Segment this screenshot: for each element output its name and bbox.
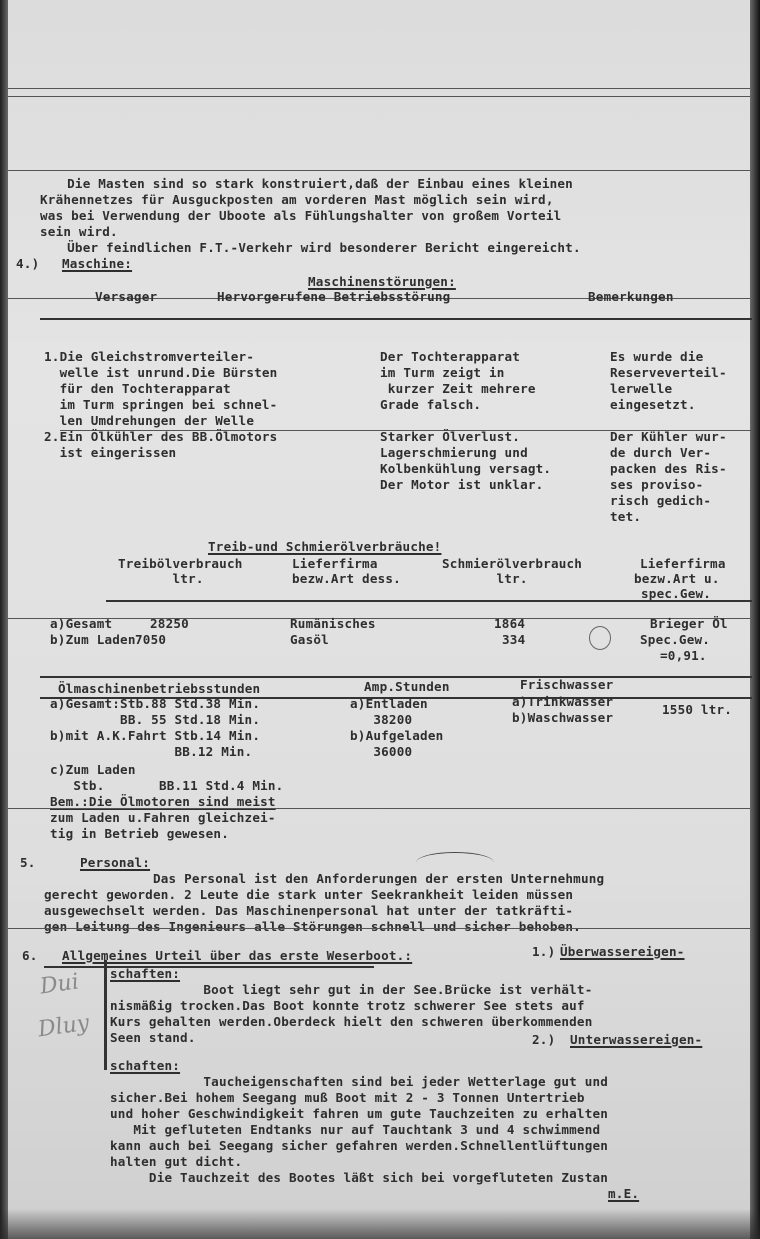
amp-line: 36000 [350, 744, 412, 760]
sub2-title-b: schaften: [110, 1058, 180, 1074]
bemerkung-line: packen des Ris- [610, 461, 727, 477]
margin-bar [104, 960, 107, 1070]
section-6-title: Allgemeines Urteil über das erste Weserb… [62, 948, 412, 964]
bemerkung-line: Reserveverteil- [610, 365, 727, 381]
rule-line [8, 88, 750, 89]
bemerkung-line: tet. [610, 509, 641, 525]
wasser-value: 1550 ltr. [662, 702, 732, 718]
sub2-line: halten gut dicht. [110, 1154, 242, 1170]
verbrauch-header-treiboel: Treibölverbrauch [118, 556, 243, 572]
verbrauch-row-label: a)Gesamt [50, 616, 112, 632]
amp-line: a)Entladen [350, 696, 428, 712]
sub2-line: kann auch bei Seegang sicher gefahren we… [110, 1138, 608, 1154]
oel-line: c)Zum Laden [50, 762, 136, 778]
scan-edge-left [0, 0, 8, 1239]
verbrauch-row-lieferfirma2: Brieger Öl [650, 616, 728, 632]
table-header-rule [40, 318, 752, 320]
sub1-line: nismäßig trocken.Das Boot konnte trotz s… [110, 998, 585, 1014]
versager-line: welle ist unrund.Die Bürsten [44, 365, 277, 381]
rule-line [8, 618, 750, 619]
verbrauch-header-lieferfirma-sub: bezw.Art dess. [292, 571, 401, 587]
sub1-title-b: schaften: [110, 966, 180, 982]
oel-line: BB.12 Min. [50, 744, 252, 760]
sub2-line: Die Tauchzeit des Bootes läßt sich bei v… [110, 1170, 608, 1186]
oel-line: BB. 55 Std.18 Min. [50, 712, 260, 728]
verbrauch-header-schmieroel: Schmierölverbrauch [442, 556, 582, 572]
personal-line: ausgewechselt werden. Das Maschinenperso… [44, 903, 573, 919]
section-6-number: 6. [22, 948, 38, 964]
versager-line: im Turm springen bei schnel- [44, 397, 277, 413]
sub2-line: Mit gefluteten Endtanks nur auf Tauchtan… [110, 1122, 600, 1138]
oel-line: b)mit A.K.Fahrt Stb.14 Min. [50, 728, 260, 744]
intro-line: Krähennetzes für Ausguckposten am vorder… [40, 192, 554, 208]
sub2-line: sicher.Bei hohem Seegang muß Boot mit 2 … [110, 1090, 585, 1106]
signature-initials: m.E. [608, 1186, 639, 1202]
oel-line: tig in Betrieb gewesen. [50, 826, 229, 842]
versager-line: 1.Die Gleichstromverteiler- [44, 349, 254, 365]
stoerungen-title: Maschinenstörungen: [308, 274, 456, 290]
intro-line: sein wird. [40, 224, 118, 240]
verbrauch-title: Treib-und Schmierölverbräuche! [208, 539, 441, 555]
personal-line: gerecht geworden. 2 Leute die stark unte… [44, 887, 573, 903]
intro-line: Über feindlichen F.T.-Verkehr wird beson… [36, 240, 581, 256]
versager-line: ist eingerissen [44, 445, 176, 461]
verbrauch-spec-value: =0,91. [660, 648, 707, 664]
stoerung-line: Der Tochterapparat [380, 349, 520, 365]
section-5-title: Personal: [80, 855, 150, 871]
oel-header: Ölmaschinenbetriebsstunden [58, 681, 260, 697]
rule-line [8, 96, 750, 97]
scan-bottom-shadow [0, 1209, 760, 1239]
stoerung-line: kurzer Zeit mehrere [380, 381, 536, 397]
stoerung-line: Kolbenkühlung versagt. [380, 461, 551, 477]
sub1-line: Seen stand. [110, 1030, 196, 1046]
pencil-arc-mark [416, 852, 494, 873]
wasser-header: Frischwasser [520, 677, 613, 693]
wasser-line: b)Waschwasser [512, 710, 613, 726]
verbrauch-row-schmieroel: 334 [502, 632, 525, 648]
personal-line: gen Leitung des Ingenieurs alle Störunge… [44, 919, 581, 935]
sub2-line: Taucheigenschaften sind bei jeder Wetter… [110, 1074, 608, 1090]
amp-line: b)Aufgeladen [350, 728, 443, 744]
pencil-circle-mark [589, 626, 611, 650]
rule-line [8, 928, 750, 929]
verbrauch-header-lieferfirma2-sub: bezw.Art u. [634, 571, 720, 587]
wasser-line: a)Trinkwasser [512, 694, 613, 710]
oel-line: zum Laden u.Fahren gleichzei- [50, 810, 276, 826]
stoerung-line: Grade falsch. [380, 397, 481, 413]
handwritten-margin-note: Dluy [37, 1011, 91, 1043]
section-4-number: 4.) [16, 256, 39, 272]
stoerungen-header-versager: Versager [95, 289, 157, 305]
amp-line: 38200 [350, 712, 412, 728]
bemerkung-line: risch gedich- [610, 493, 711, 509]
section-5-number: 5. [20, 855, 36, 871]
verbrauch-row-treiboel: 7050 [135, 632, 166, 648]
stoerung-line: Starker Ölverlust. [380, 429, 520, 445]
bemerkung-line: Der Kühler wur- [610, 429, 727, 445]
versager-line: für den Tochterapparat [44, 381, 231, 397]
verbrauch-row-label: b)Zum Laden [50, 632, 136, 648]
sub2-title-a: Unterwassereigen- [570, 1032, 702, 1048]
document-page: Die Masten sind so stark konstruiert,daß… [0, 0, 760, 1239]
verbrauch-row-lieferfirma: Rumänisches [290, 616, 376, 632]
amp-header: Amp.Stunden [364, 679, 450, 695]
stoerungen-header-betriebsstoerung: Hervorgerufene Betriebsstörung [217, 289, 450, 305]
rule-line [8, 808, 750, 809]
intro-line: Die Masten sind so stark konstruiert,daß… [36, 176, 573, 192]
sub1-title-a: Überwassereigen- [560, 944, 685, 960]
verbrauch-header-lieferfirma: Lieferfirma [292, 556, 378, 572]
bemerkung-line: lerwelle [610, 381, 672, 397]
personal-line: Das Personal ist den Anforderungen der e… [44, 871, 604, 887]
scan-edge-right [750, 0, 760, 1239]
bemerkung-line: ses proviso- [610, 477, 703, 493]
bemerkung-line: eingesetzt. [610, 397, 696, 413]
verbrauch-row-lieferfirma2: Spec.Gew. [640, 632, 710, 648]
stoerung-line: im Turm zeigt in [380, 365, 505, 381]
verbrauch-row-treiboel: 28250 [150, 616, 189, 632]
intro-line: was bei Verwendung der Uboote als Fühlun… [40, 208, 561, 224]
bemerkung-line: de durch Ver- [610, 445, 711, 461]
section-4-title: Maschine: [62, 256, 132, 272]
stoerungen-header-bemerkungen: Bemerkungen [588, 289, 674, 305]
sub1-line: Kurs gehalten werden.Oberdeck hielt den … [110, 1014, 593, 1030]
table-top-rule [40, 676, 752, 678]
stoerung-line: Lagerschmierung und [380, 445, 528, 461]
title-underline [44, 966, 374, 968]
verbrauch-row-schmieroel: 1864 [494, 616, 525, 632]
handwritten-margin-note: Dui [38, 969, 80, 999]
sub1-label: 1.) [532, 944, 555, 960]
table-header-rule [106, 600, 752, 602]
verbrauch-header-lieferfirma2: Lieferfirma [640, 556, 726, 572]
oel-line: Stb. BB.11 Std.4 Min. [50, 778, 283, 794]
sub2-line: und hoher Geschwindigkeit fahren um gute… [110, 1106, 608, 1122]
verbrauch-header-schmieroel-unit: ltr. [442, 571, 528, 587]
sub1-line: Boot liegt sehr gut in der See.Brücke is… [110, 982, 593, 998]
versager-line: len Umdrehungen der Welle [44, 413, 254, 429]
versager-line: 2.Ein Ölkühler des BB.Ölmotors [44, 429, 277, 445]
verbrauch-row-lieferfirma: Gasöl [290, 632, 329, 648]
bemerkung-line: Es wurde die [610, 349, 703, 365]
verbrauch-header-treiboel-unit: ltr. [118, 571, 204, 587]
stoerung-line: Der Motor ist unklar. [380, 477, 543, 493]
sub2-label: 2.) [532, 1032, 555, 1048]
oel-line: a)Gesamt:Stb.88 Std.38 Min. [50, 696, 260, 712]
rule-line [8, 170, 750, 171]
